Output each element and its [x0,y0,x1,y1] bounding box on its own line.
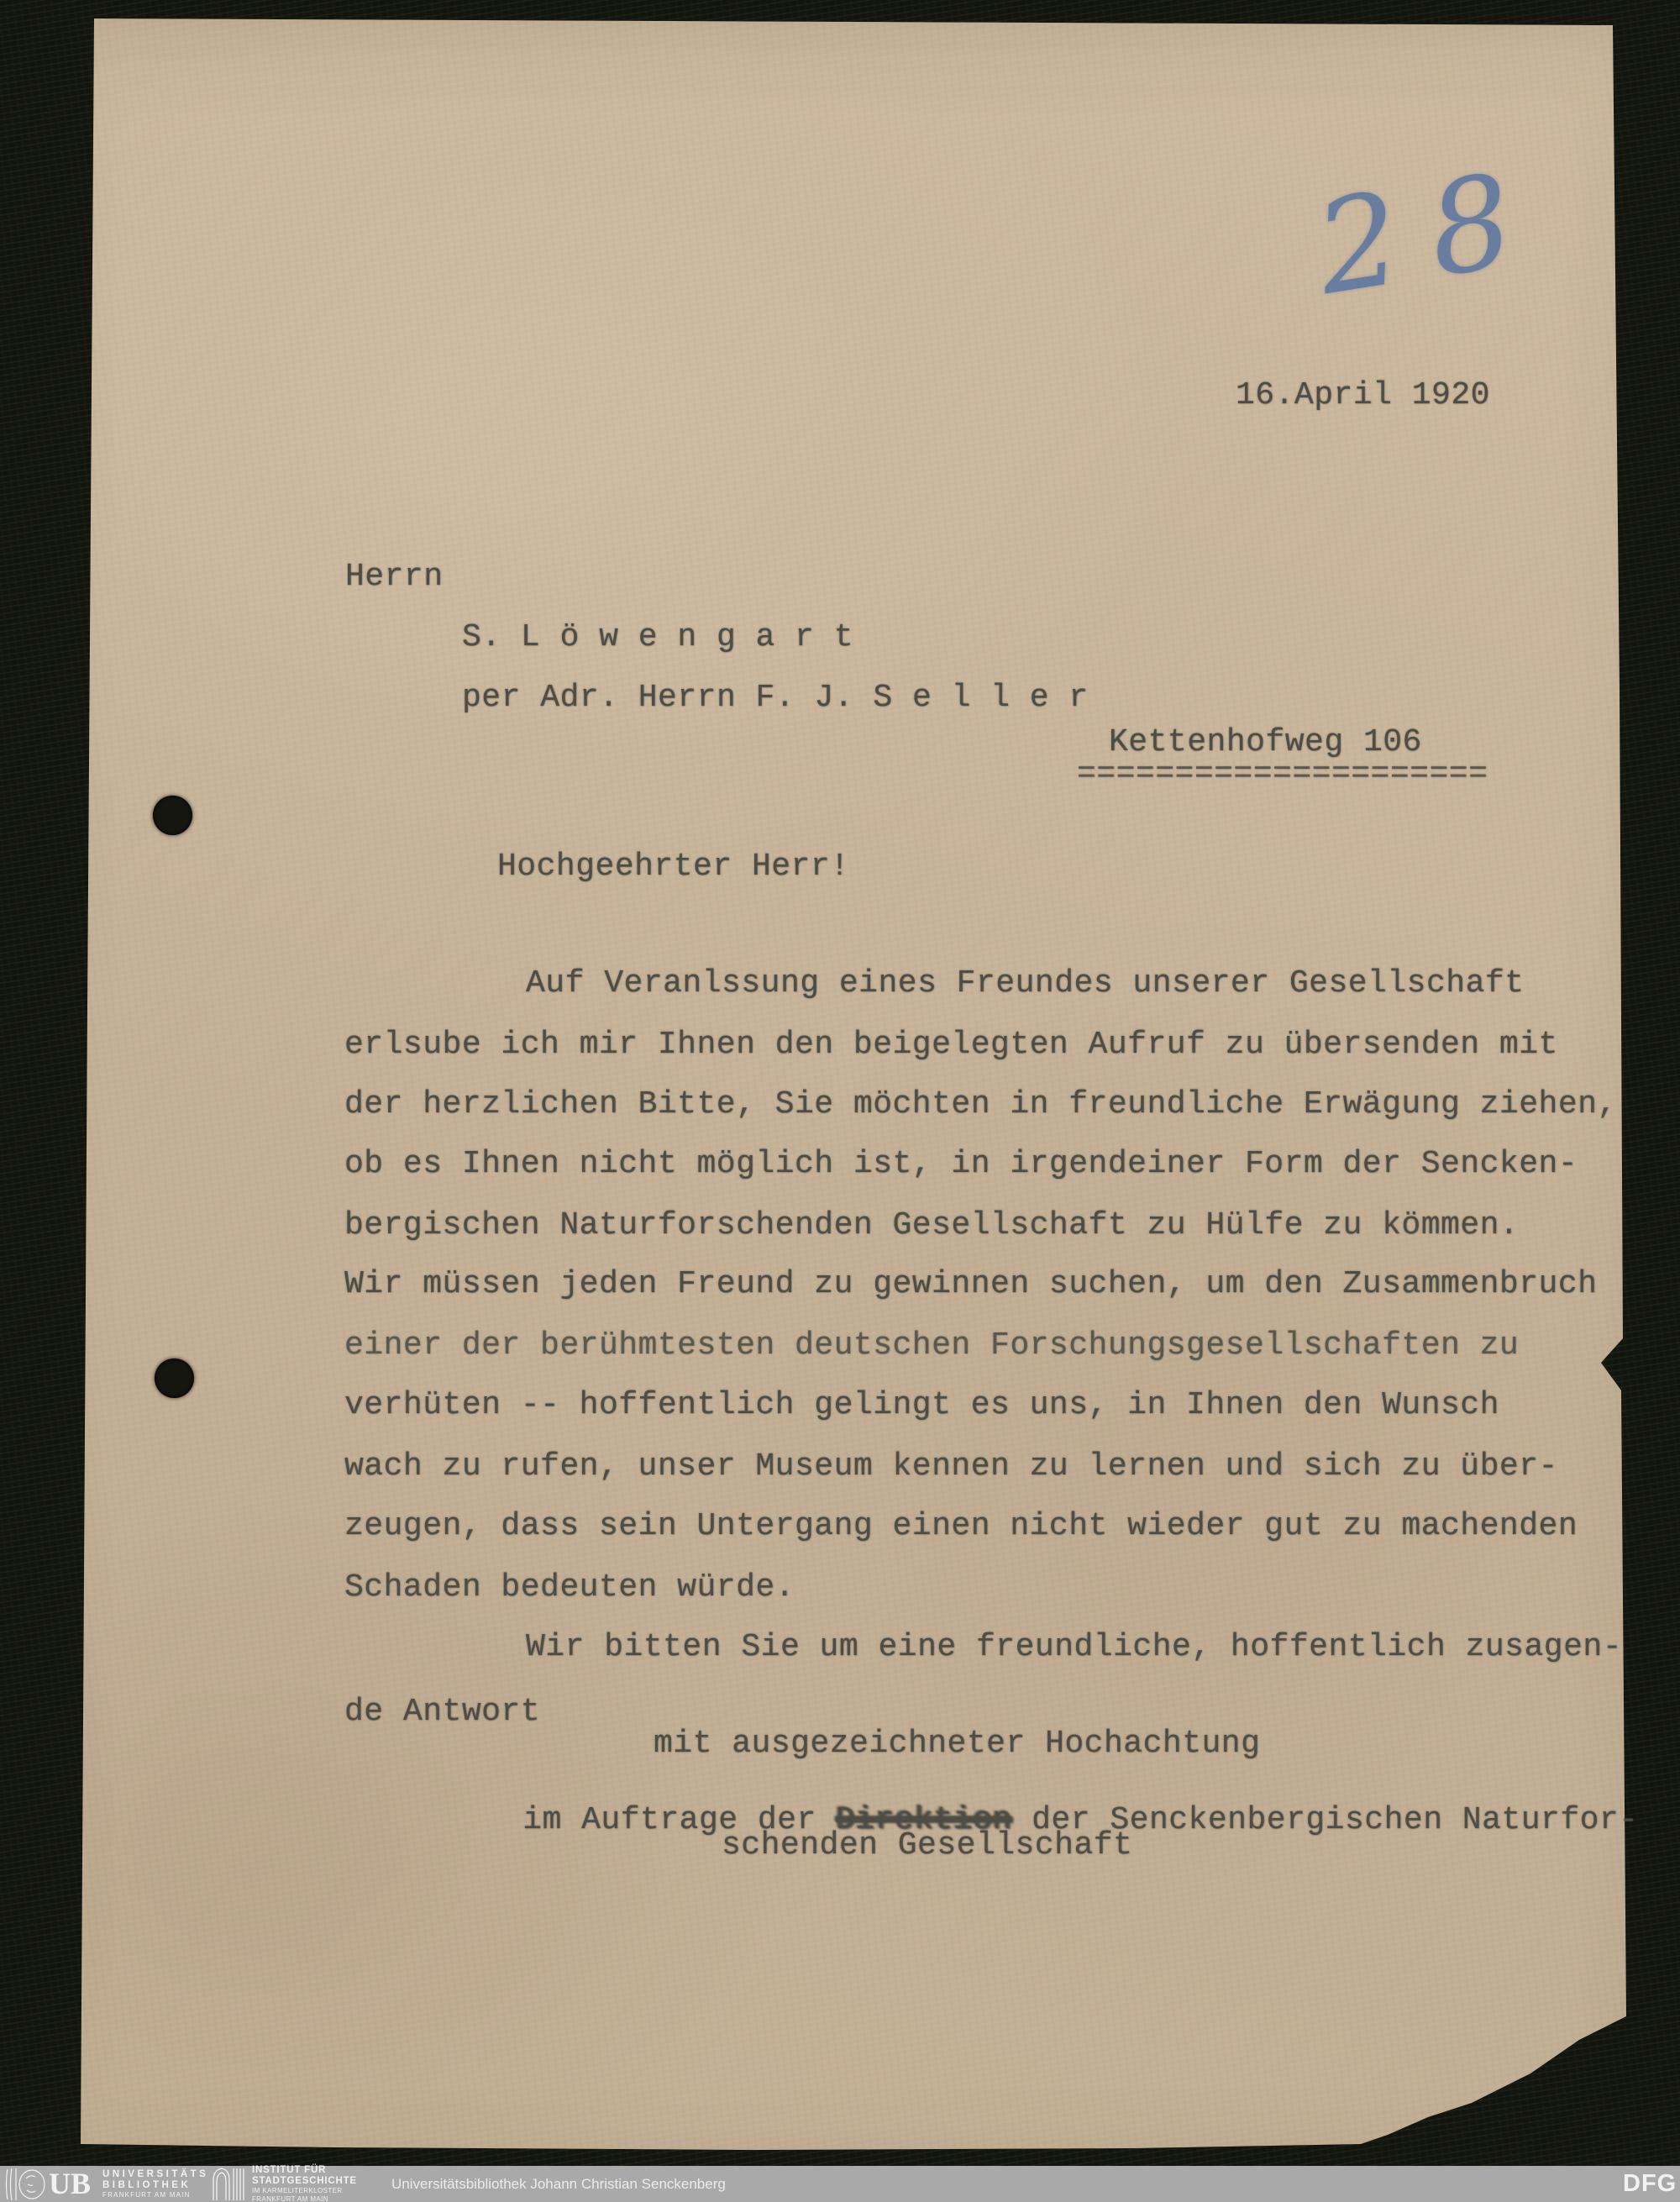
ub-logo [5,2167,49,2201]
punch-hole-bottom [155,1359,194,1398]
institute-line4: FRANKFURT AM MAIN [252,2195,357,2202]
ub-text-block: UNIVERSITÄTS BIBLIOTHEK FRANKFURT AM MAI… [102,2166,208,2202]
closing-regards: mit ausgezeichneter Hochachtung [654,1728,1260,1760]
recipient-name: S. L ö w e n g a r t [462,622,853,654]
body-line: verhüten -- hoffentlich gelingt es uns, … [344,1390,1499,1422]
ub-line1: UNIVERSITÄTS [102,2169,208,2180]
body-line: wach zu rufen, unser Museum kennen zu le… [344,1451,1558,1483]
closing-last-line: schenden Gesellschaft [722,1830,1132,1862]
library-name: Universitätsbibliothek Johann Christian … [391,2166,726,2202]
body-line: Wir müssen jeden Freund zu gewinnen such… [344,1269,1597,1301]
recipient-street: Kettenhofweg 106 [1109,727,1422,759]
recipient-care-of: per Adr. Herrn F. J. S e l l e r [462,682,1089,714]
body-line: ob es Ihnen nicht möglich ist, in irgend… [344,1148,1578,1180]
provenance-footer-bar: UB UNIVERSITÄTS BIBLIOTHEK FRANKFURT AM … [0,2166,1680,2202]
body-line: erlsube ich mir Ihnen den beigelegten Au… [344,1029,1558,1061]
body-line: einer der berühmtesten deutschen Forschu… [344,1330,1519,1362]
date-line: 16.April 1920 [1236,380,1490,412]
punch-hole-top [153,796,192,835]
body-line: zeugen, dass sein Untergang einen nicht … [344,1511,1578,1542]
body-line: Auf Veranlssung eines Freundes unserer G… [526,968,1525,1000]
body-line: der herzlichen Bitte, Sie möchten in fre… [344,1089,1617,1121]
institute-line3: IM KARMELITERKLOSTER [252,2187,357,2195]
digitized-letter-scan: 28 16.April 1920 Herrn S. L ö w e n g a … [0,0,1680,2202]
institute-text-block: INSTITUT FÜR STADTGESCHICHTE IM KARMELIT… [252,2166,357,2202]
body-line: Wir bitten Sie um eine freundliche, hoff… [526,1632,1622,1663]
institute-line1: INSTITUT FÜR [252,2165,357,2176]
institute-line2: STADTGESCHICHTE [252,2176,357,2187]
ub-abbrev-label: UB [49,2166,91,2202]
body-line: de Antwort [344,1696,540,1728]
karmeliterkloster-arch-icon [203,2167,245,2201]
dfg-logo: DFG [1623,2166,1677,2202]
recipient-prefix: Herrn [345,561,444,593]
street-underline: ===================== [1077,759,1488,791]
goethe-portrait-icon [5,2167,49,2201]
ub-line2: BIBLIOTHEK [102,2180,208,2191]
body-line: bergischen Naturforschenden Gesellschaft… [344,1210,1519,1242]
body-line: Schaden bedeuten würde. [344,1572,795,1604]
salutation: Hochgeehrter Herr! [497,851,849,883]
ub-line3: FRANKFURT AM MAIN [102,2191,208,2199]
